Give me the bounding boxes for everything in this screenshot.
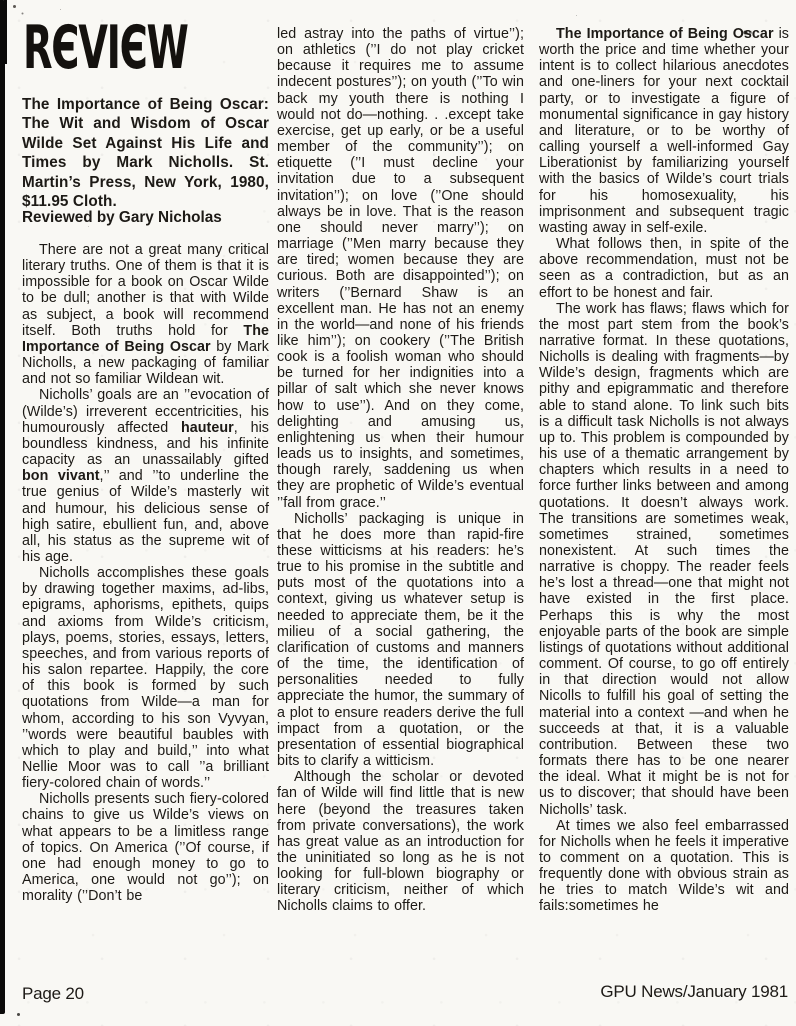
paragraph: led astray into the paths of virtue’’); … bbox=[277, 26, 524, 511]
text-run: There are not a great many critical lite… bbox=[22, 242, 269, 339]
text-run: The work has flaws; flaws which for the … bbox=[539, 301, 789, 818]
scan-edge-artifact-top bbox=[4, 0, 7, 64]
publication-date: GPU News/January 1981 bbox=[600, 982, 788, 1002]
bold-text-run: bon vivant bbox=[22, 468, 100, 484]
paragraph: At times we also feel embarrassed for Ni… bbox=[539, 818, 789, 915]
text-run: What follows then, in spite of the above… bbox=[539, 236, 789, 300]
bold-text-run: The Importance of Being Oscar bbox=[556, 26, 774, 42]
paragraph: Nicholls’ goals are an ’’evocation of (W… bbox=[22, 387, 269, 565]
paragraph: There are not a great many critical lite… bbox=[22, 242, 269, 387]
paragraph: The Importance of Being Oscar is worth t… bbox=[539, 26, 789, 236]
book-citation: The Importance of Being Oscar: The Wit a… bbox=[22, 95, 269, 211]
paragraph: Although the scholar or devoted fan of W… bbox=[277, 769, 524, 914]
article-column-2: led astray into the paths of virtue’’); … bbox=[277, 26, 524, 966]
paragraph: Nicholls presents such fiery-colored cha… bbox=[22, 791, 269, 904]
scan-edge-artifact bbox=[0, 0, 5, 1014]
article-column-1: There are not a great many critical lite… bbox=[22, 242, 269, 972]
text-run: led astray into the paths of virtue’’); … bbox=[277, 26, 524, 511]
review-section-logo: RЄVIЄW bbox=[23, 17, 188, 79]
reviewer-byline: Reviewed by Gary Nicholas bbox=[22, 209, 269, 227]
paragraph: What follows then, in spite of the above… bbox=[539, 236, 789, 301]
text-run: is worth the price and time whether your… bbox=[539, 26, 789, 236]
scan-specks bbox=[13, 5, 16, 8]
text-run: Nicholls presents such fiery-colored cha… bbox=[22, 791, 269, 904]
paragraph: The work has flaws; flaws which for the … bbox=[539, 301, 789, 818]
article-column-3: The Importance of Being Oscar is worth t… bbox=[539, 26, 789, 966]
bold-text-run: hauteur bbox=[181, 420, 234, 436]
page-number: Page 20 bbox=[22, 984, 84, 1004]
magazine-page: RЄVIЄW The Importance of Being Oscar: Th… bbox=[0, 0, 796, 1026]
text-run: Nicholls’ packaging is unique in that he… bbox=[277, 511, 524, 769]
paragraph: Nicholls accomplishes these goals by dra… bbox=[22, 565, 269, 791]
paragraph: Nicholls’ packaging is unique in that he… bbox=[277, 511, 524, 770]
text-run: Nicholls accomplishes these goals by dra… bbox=[22, 565, 269, 791]
text-run: At times we also feel embarrassed for Ni… bbox=[539, 818, 789, 915]
text-run: Although the scholar or devoted fan of W… bbox=[277, 769, 524, 914]
